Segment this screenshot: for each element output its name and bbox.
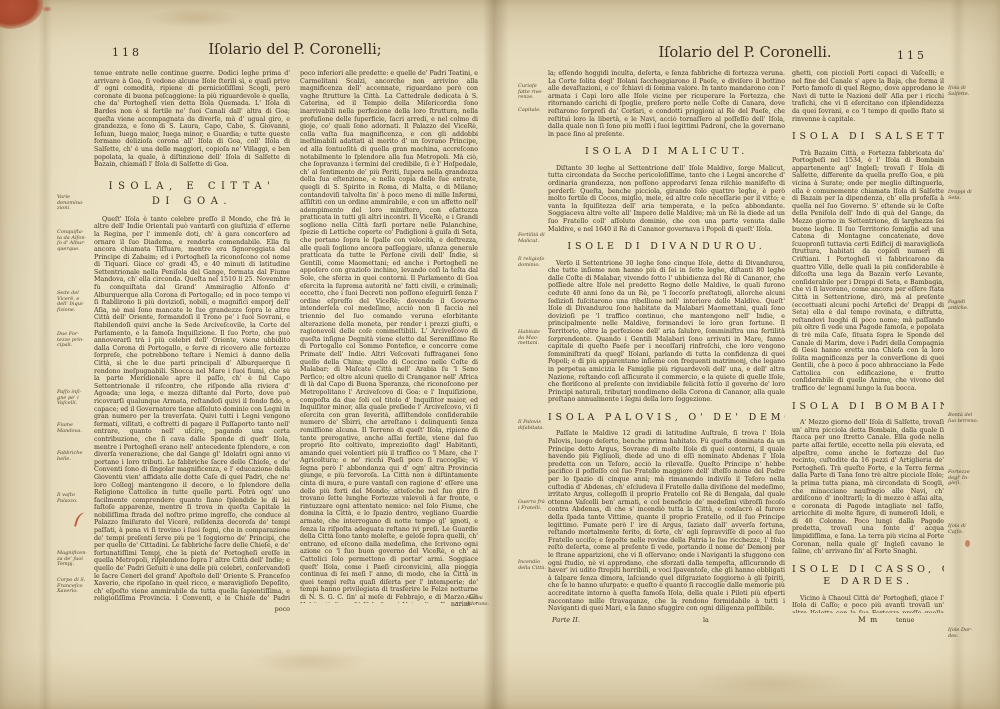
section-heading: ISOLA DI BOMBAIN: (792, 401, 944, 414)
margin-note: Iſole Dar- des. (948, 628, 984, 639)
foxing-spot (690, 668, 850, 698)
margin-note: Fabbriche belle. (57, 451, 93, 462)
section-heading: ISOLE DI DIVANDUROU. (548, 241, 785, 254)
margin-note: Pagodi antiche. (948, 300, 984, 311)
margin-note: Fertilità di Malicut. (518, 233, 554, 244)
section-heading: ISOLA DI SALSETTE. (792, 131, 944, 144)
margin-note: Il religioſo dominio. (518, 257, 554, 268)
signature-part-label: Parte II. (552, 616, 580, 624)
body-paragraph: Paſſate le Maldive 12 gradi di latitudin… (548, 430, 785, 612)
body-paragraph: Vicino à Chaoul Città de' Portogheſi, gi… (792, 595, 944, 613)
left-page-edge-shade (38, 0, 52, 709)
body-paragraph: ghetti, con piccioli Porti capaci di Vaſ… (792, 70, 944, 123)
margin-note: Bontà del ſuo terreno. (948, 413, 984, 424)
margin-note: Fortezze degl' In- gleſi. (948, 470, 984, 487)
body-paragraph: Queſt' Iſola è tanto celebre preſſo il M… (94, 216, 290, 603)
right-page-column-2: ghetti, con piccioli Porti capaci di Vaſ… (792, 70, 944, 613)
margin-note: Corpo di S. Franceſco Xaverio. (57, 578, 93, 595)
margin-note: Fiume Mandova. (57, 423, 93, 434)
body-paragraph: Diſtante 30 leghe al Settentrione dell' … (548, 165, 785, 233)
margin-note: Capitale. (518, 108, 554, 114)
foxing-spot (150, 8, 240, 28)
catchword: narini (300, 600, 470, 608)
margin-note: Sede del Vicerè, e dell' Inqui- ſizione. (57, 291, 93, 314)
book-spread: 118 Iſolario del P. Coronelli; Iſolario … (0, 0, 1000, 709)
margin-note: Il Palovis diſabitata. (518, 420, 554, 431)
left-page-column-2: poco inferiori alle predette: e quelle d… (300, 70, 478, 603)
page-number-left: 118 (112, 46, 142, 59)
foxing-spot (250, 648, 370, 674)
section-heading: ISOLA, E CITTA'DI GOA. (94, 179, 290, 209)
catchword: poco (94, 605, 290, 613)
red-ink-dot (965, 540, 970, 547)
section-heading: ISOLE DI CASSO, QUIMADOS,E DARDES. (792, 564, 944, 589)
body-paragraph: tenue entrate nelle continue guerre. Dod… (94, 70, 290, 169)
margin-note: Conquiſta- ta da Alfon- ſo d' Albur- que… (57, 230, 93, 253)
margin-note: Habitate da Mao- mettani. (518, 330, 554, 347)
margin-note: Guerra frà i Fratelli. (518, 500, 554, 511)
margin-note: Incendio della Città. (518, 560, 554, 571)
margin-note: Drappi di Seta. (948, 190, 984, 201)
running-title-left: Iſolario del P. Coronelli; (150, 42, 440, 58)
margin-note: Il vaſto Palazzo. (57, 493, 93, 504)
right-page-edge-shade (950, 0, 966, 709)
right-page-column-1: la; eſſendo hoggidì inculta, deſerta, e … (548, 70, 785, 613)
margin-note: Curioſe fatte rive- renze. (518, 84, 554, 101)
body-paragraph: poco inferiori alle predette: e quelle d… (300, 70, 478, 603)
page-number-right: 115 (897, 49, 927, 62)
section-heading: ISOLA PALOVIS, O' DE' DEMONJ. (548, 412, 785, 425)
catchword: la (703, 616, 709, 624)
margin-note: Due For- tezze prin- cipali. (57, 332, 93, 349)
gathering-signature: M m (858, 615, 878, 624)
body-paragraph: A' Mezzo giorno dell' Iſola di Salſette,… (792, 419, 944, 556)
margin-note: Iſola di Caſſo. (948, 524, 984, 535)
body-paragraph: Trà Bazaim Città, e Fortezza fabbricata … (792, 150, 944, 393)
running-title-right: Iſolario del P. Coronelli. (600, 45, 890, 61)
red-stain-fleck (42, 6, 52, 12)
margin-note: Varie denomina- zioni. (57, 195, 93, 212)
catchword: tenue (896, 616, 914, 624)
left-page-column-1: tenue entrate nelle continue guerre. Dod… (94, 70, 290, 603)
body-paragraph: Verſo il Settentrione 30 leghe ſono cinq… (548, 260, 785, 404)
red-ink-mark (74, 511, 89, 529)
margin-note: Magnificen- za de' ſuoi Tempj. (57, 551, 93, 568)
margin-note: Iſola di Salſette. (948, 86, 984, 97)
margin-note: Paſſo inſi- gne pe' i Vaſcelli. (57, 390, 93, 407)
section-heading: ISOLA DI MALICUT. (548, 146, 785, 159)
body-paragraph: la; eſſendo hoggidì inculta, deſerta, e … (548, 70, 785, 138)
margin-note: Marini Adorano. (466, 596, 502, 607)
